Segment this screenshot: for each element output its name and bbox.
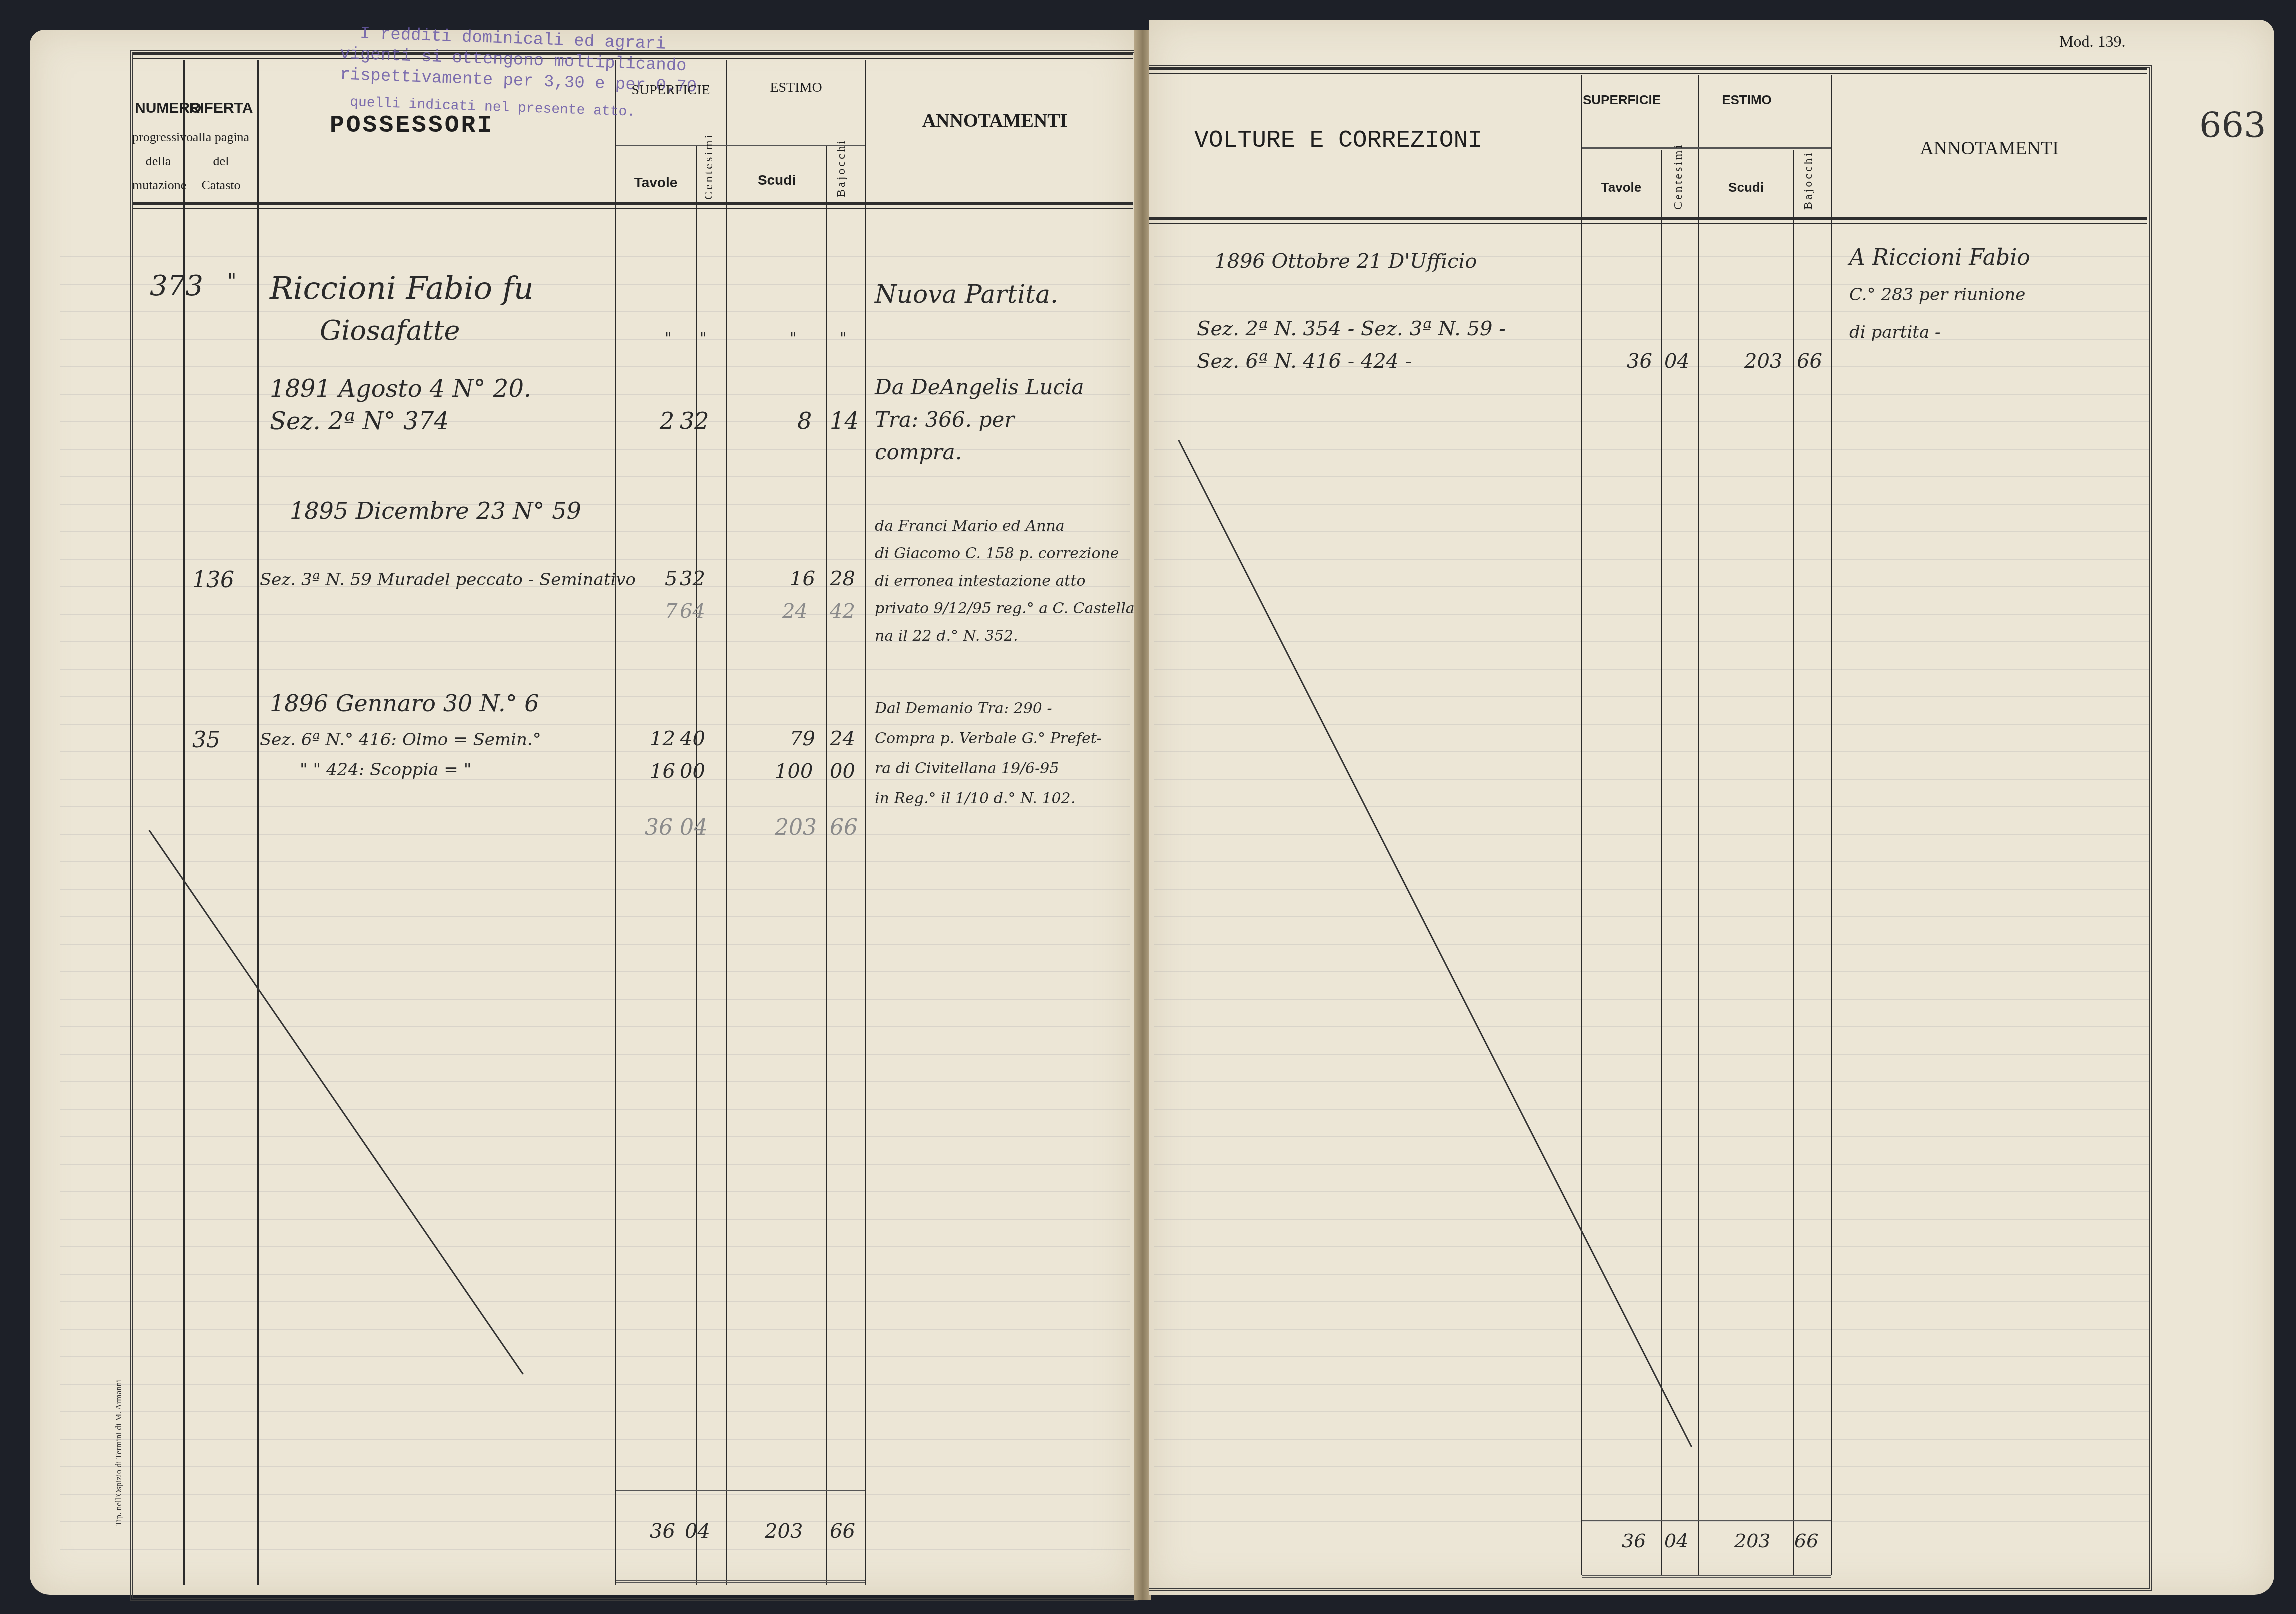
tavole-value: 36 — [1627, 350, 1652, 373]
entry-riferta: 35 — [192, 727, 220, 753]
tavole-value: 12 — [650, 727, 675, 750]
totals-top-rule — [616, 1490, 865, 1491]
centesimi-value: 32 — [680, 567, 705, 590]
bajocchi-value: 24 — [830, 727, 855, 750]
possessore-name: Riccioni Fabio fu — [270, 270, 534, 306]
subtotal-tavole-pencil: 36 — [645, 815, 673, 840]
header-bajocchi: Bajocchi — [1802, 155, 1815, 210]
annotamento-text: di Giacomo C. 158 p. correzione — [875, 545, 1119, 562]
header-superficie: SUPERFICIE — [1582, 92, 1662, 108]
header-bottom-rule — [133, 202, 1133, 209]
subtotal-scudi-pencil: 203 — [775, 815, 817, 840]
possessore-name-cont: Giosafatte — [320, 315, 460, 346]
folio-number: 663 — [2199, 105, 2266, 146]
ditto-mark: " — [665, 330, 672, 347]
possessore-text: Sez. 2ª N° 374 — [270, 407, 449, 435]
header-tavole: Tavole — [1582, 180, 1661, 195]
annotamento-text: Nuova Partita. — [875, 280, 1058, 309]
scudi-value: 100 — [775, 760, 813, 783]
header-numero-sub: progressivo — [132, 130, 184, 145]
annotamento-text: in Reg.° il 1/10 d.° N. 102. — [875, 790, 1075, 807]
header-possessori: POSSESSORI — [330, 112, 494, 139]
col-divider — [1698, 75, 1699, 1575]
totals-bottom-rule — [616, 1580, 865, 1583]
totals-top-rule — [1582, 1520, 1831, 1521]
tavole-value: 2 — [660, 407, 674, 434]
annotamento-text: di partita - — [1849, 322, 1941, 342]
right-ledger-page: Mod. 139. 663 VOLTURE E CORREZIONI SUPER… — [1149, 20, 2274, 1595]
tavole-value-pencil: 7 — [665, 600, 677, 623]
scudi-value: 16 — [790, 567, 815, 590]
annotamento-text: Da DeAngelis Lucia — [875, 375, 1084, 399]
total-scudi: 203 — [765, 1520, 803, 1543]
possessore-text: Sez. 6ª N.° 416: Olmo = Semin.° — [260, 730, 541, 750]
tavole-value: 16 — [650, 760, 675, 783]
ditto-mark: " — [840, 330, 847, 347]
total-centesimi: 04 — [1664, 1530, 1688, 1552]
annotamento-text: ra di Civitellana 19/6-95 — [875, 760, 1059, 777]
annotamento-text: privato 9/12/95 reg.° a C. Castella- — [875, 600, 1140, 617]
possessore-text: " " 424: Scoppia = " — [300, 760, 471, 780]
scudi-value: 79 — [790, 727, 815, 750]
annotamento-text: C.° 283 per riunione — [1849, 285, 2025, 305]
entry-riferta: 136 — [192, 567, 234, 593]
col-divider — [1793, 150, 1794, 1575]
total-tavole: 36 — [1622, 1530, 1646, 1552]
entry-numero: 373 — [150, 270, 203, 302]
header-tavole: Tavole — [616, 175, 696, 191]
col-divider — [726, 60, 727, 1585]
ditto-mark: " — [700, 330, 707, 347]
subheader-rule — [1582, 147, 1831, 149]
col-divider — [615, 60, 616, 1585]
header-bottom-rule — [1149, 217, 2147, 224]
voltura-text: 1896 Ottobre 21 D'Ufficio — [1214, 250, 1477, 273]
entry-riferta: " — [227, 270, 236, 293]
col-divider — [826, 145, 827, 1585]
header-estimo: ESTIMO — [727, 80, 865, 96]
header-centesimi: Centesimi — [1672, 155, 1685, 210]
header-volture: VOLTURE E CORREZIONI — [1194, 127, 1482, 154]
annotamento-text: na il 22 d.° N. 352. — [875, 627, 1018, 645]
possessore-text: 1895 Dicembre 23 N° 59 — [290, 497, 581, 524]
possessore-text: 1896 Gennaro 30 N.° 6 — [270, 690, 539, 717]
bajocchi-value-pencil: 42 — [830, 600, 855, 623]
book-gutter — [1134, 30, 1151, 1600]
model-number: Mod. 139. — [2059, 32, 2125, 51]
header-numero-sub: mutazione — [132, 178, 184, 193]
annotamento-text: di erronea intestazione atto — [875, 572, 1086, 590]
header-bajocchi: Bajocchi — [835, 150, 848, 197]
header-numero: NUMERO — [135, 100, 183, 117]
col-divider — [1831, 75, 1832, 1575]
bajocchi-value: 00 — [830, 760, 855, 783]
total-bajocchi: 66 — [830, 1520, 855, 1543]
col-divider — [1661, 150, 1662, 1575]
totals-bottom-rule — [1582, 1575, 1831, 1578]
header-riferta: RIFERTA — [185, 100, 257, 117]
header-superficie: SUPERFICIE — [616, 82, 726, 98]
voltura-text: Sez. 6ª N. 416 - 424 - — [1197, 350, 1412, 373]
bajocchi-value: 14 — [830, 407, 859, 434]
centesimi-value: 04 — [1664, 350, 1690, 373]
header-annotamenti: ANNOTAMENTI — [870, 110, 1120, 132]
header-scudi: Scudi — [727, 172, 826, 188]
voltura-text: Sez. 2ª N. 354 - Sez. 3ª N. 59 - — [1197, 317, 1506, 340]
scudi-value-pencil: 24 — [782, 600, 808, 623]
total-bajocchi: 66 — [1794, 1530, 1818, 1552]
annotamento-text: Tra: 366. per — [875, 407, 1014, 432]
header-annotamenti: ANNOTAMENTI — [1834, 137, 2144, 159]
col-divider — [257, 60, 259, 1585]
col-divider — [865, 60, 866, 1585]
centesimi-value-pencil: 64 — [680, 600, 705, 623]
printer-imprint: Tip. nell'Ospizio di Termini di M. Arman… — [114, 1380, 124, 1526]
centesimi-value: 32 — [680, 407, 709, 434]
annotamento-text: compra. — [875, 440, 962, 464]
scudi-value: 8 — [797, 407, 812, 434]
left-ledger-page: I redditi dominicali ed agrari vigenti s… — [30, 30, 1135, 1595]
header-riferta-sub: del — [185, 154, 257, 169]
header-centesimi: Centesimi — [702, 152, 716, 200]
annotamento-text: Compra p. Verbale G.° Prefet- — [875, 730, 1102, 747]
col-divider — [696, 145, 697, 1585]
bajocchi-value: 28 — [830, 567, 855, 590]
subheader-rule — [616, 145, 865, 146]
possessore-text: 1891 Agosto 4 N° 20. — [270, 375, 531, 403]
annotamento-text: Dal Demanio Tra: 290 - — [875, 700, 1052, 717]
header-top-rule — [1149, 67, 2147, 74]
bajocchi-value: 66 — [1797, 350, 1822, 373]
scudi-value: 203 — [1744, 350, 1782, 373]
header-riferta-sub: alla pagina — [185, 130, 257, 145]
header-riferta-sub: Catasto — [185, 178, 257, 193]
centesimi-value: 40 — [680, 727, 705, 750]
total-scudi: 203 — [1734, 1530, 1771, 1552]
annotamento-text: A Riccioni Fabio — [1849, 245, 2030, 270]
header-estimo: ESTIMO — [1699, 92, 1794, 108]
annotamento-text: da Franci Mario ed Anna — [875, 517, 1065, 535]
total-centesimi: 04 — [685, 1520, 710, 1543]
total-tavole: 36 — [650, 1520, 675, 1543]
subtotal-bajocchi-pencil: 66 — [830, 815, 858, 840]
centesimi-value: 00 — [680, 760, 705, 783]
header-numero-sub: della — [132, 154, 184, 169]
tavole-value: 5 — [665, 567, 677, 590]
header-scudi: Scudi — [1699, 180, 1793, 195]
ditto-mark: " — [790, 330, 797, 347]
subtotal-centesimi-pencil: 04 — [680, 815, 708, 840]
possessore-text: Sez. 3ª N. 59 Muradel peccato - Seminati… — [260, 570, 636, 590]
col-divider — [1581, 75, 1582, 1575]
